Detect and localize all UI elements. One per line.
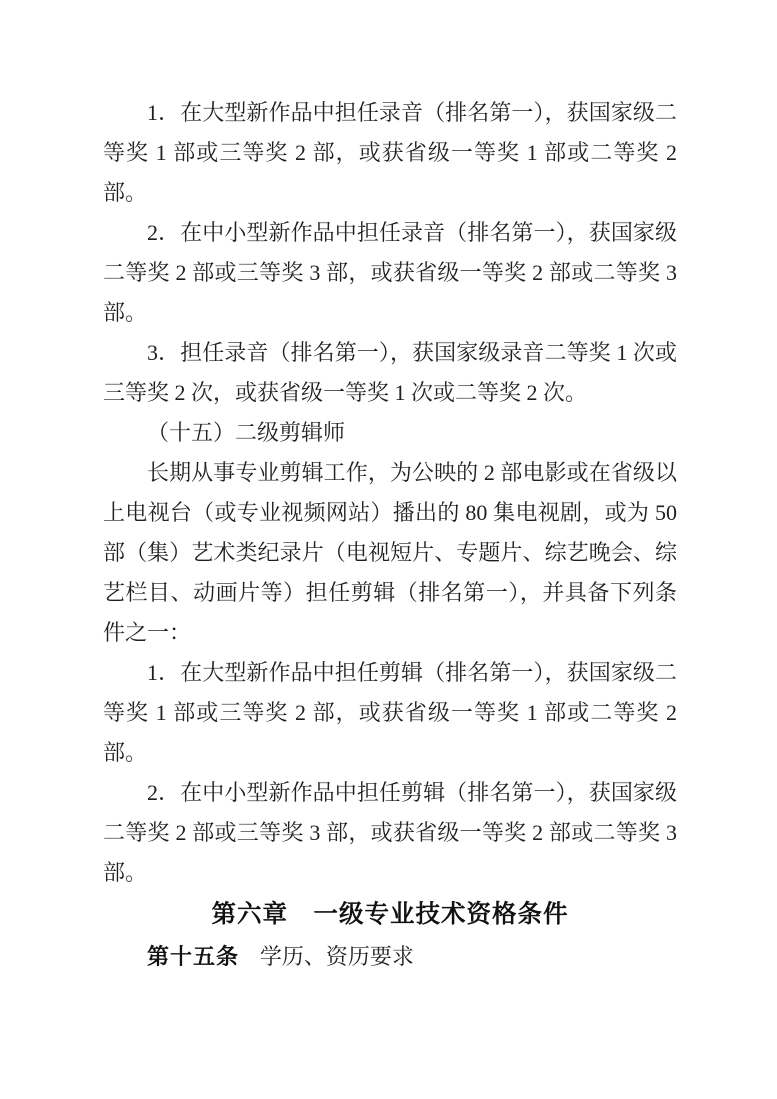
chapter-heading: 第六章 一级专业技术资格条件 [103, 893, 677, 937]
paragraph-item-5: 2．在中小型新作品中担任剪辑（排名第一），获国家级二等奖 2 部或三等奖 3 部… [103, 773, 677, 893]
article-line: 第十五条学历、资历要求 [103, 937, 677, 977]
article-title: 学历、资历要求 [260, 944, 414, 969]
paragraph-requirements-intro: 长期从事专业剪辑工作，为公映的 2 部电影或在省级以上电视台（或专业视频网站）播… [103, 453, 677, 653]
paragraph-item-2: 2．在中小型新作品中担任录音（排名第一），获国家级二等奖 2 部或三等奖 3 部… [103, 213, 677, 333]
paragraph-item-3: 3．担任录音（排名第一），获国家级录音二等奖 1 次或三等奖 2 次，或获省级一… [103, 333, 677, 413]
document-page: 1．在大型新作品中担任录音（排名第一），获国家级二等奖 1 部或三等奖 2 部，… [0, 0, 777, 1099]
article-number: 第十五条 [147, 944, 239, 969]
paragraph-item-4: 1．在大型新作品中担任剪辑（排名第一），获国家级二等奖 1 部或三等奖 2 部，… [103, 653, 677, 773]
paragraph-subsection-heading: （十五）二级剪辑师 [103, 413, 677, 453]
paragraph-item-1: 1．在大型新作品中担任录音（排名第一），获国家级二等奖 1 部或三等奖 2 部，… [103, 93, 677, 213]
